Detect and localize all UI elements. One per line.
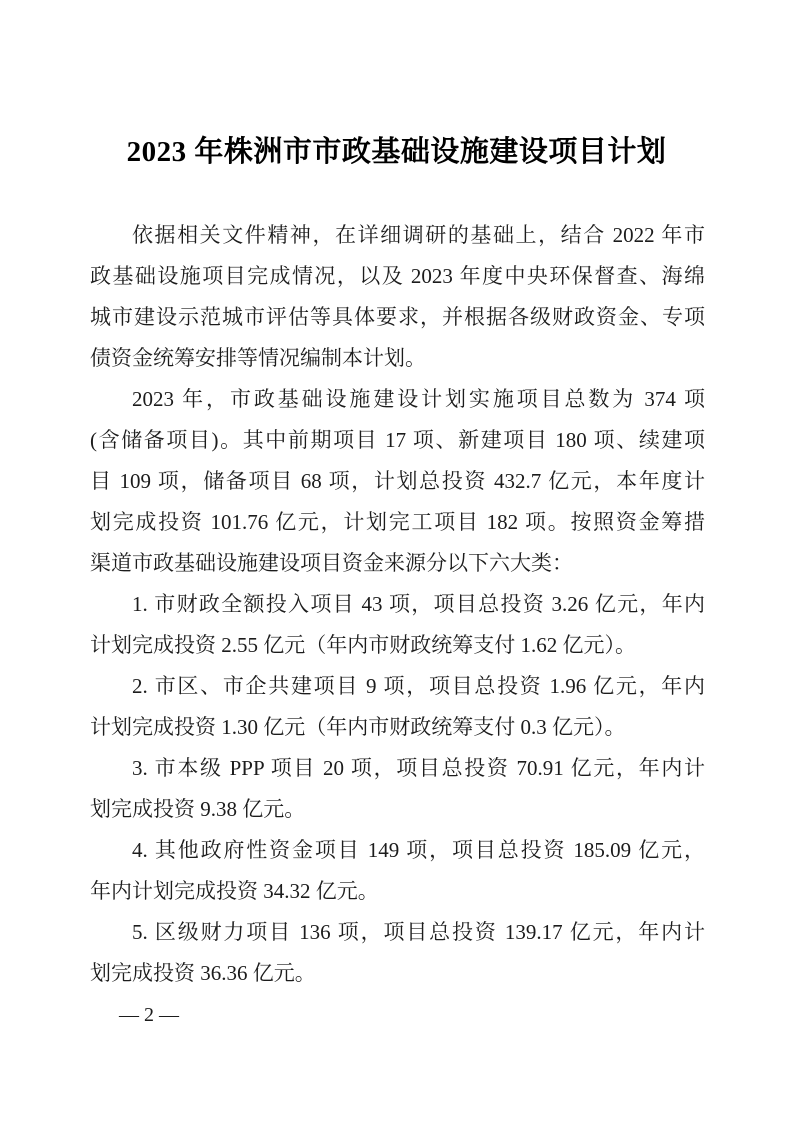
text-line: 依据相关文件精神，在详细调研的基础上，结合 2022 年市 [90, 215, 705, 256]
text-line: 1. 市财政全额投入项目 43 项，项目总投资 3.26 亿元，年内 [90, 584, 705, 625]
text-line: 渠道市政基础设施建设项目资金来源分以下六大类： [90, 543, 705, 584]
paragraph-category-4-other-government-funds: 4. 其他政府性资金项目 149 项，项目总投资 185.09 亿元，年内计划完… [90, 830, 705, 912]
paragraph-category-5-district-finance: 5. 区级财力项目 136 项，项目总投资 139.17 亿元，年内计划完成投资… [90, 912, 705, 994]
document-page: 2023 年株洲市市政基础设施建设项目计划 依据相关文件精神，在详细调研的基础上… [0, 0, 793, 1123]
text-line: 3. 市本级 PPP 项目 20 项，项目总投资 70.91 亿元，年内计 [90, 748, 705, 789]
text-line: 划完成投资 36.36 亿元。 [90, 953, 705, 994]
text-line: 城市建设示范城市评估等具体要求，并根据各级财政资金、专项 [90, 297, 705, 338]
text-line: 计划完成投资 2.55 亿元（年内市财政统筹支付 1.62 亿元）。 [90, 625, 705, 666]
page-number: — 2 — [119, 1002, 179, 1028]
text-line: 2023 年，市政基础设施建设计划实施项目总数为 374 项 [90, 379, 705, 420]
paragraph-category-1-city-full-funding: 1. 市财政全额投入项目 43 项，项目总投资 3.26 亿元，年内计划完成投资… [90, 584, 705, 666]
text-line: 划完成投资 9.38 亿元。 [90, 789, 705, 830]
text-line: 目 109 项，储备项目 68 项，计划总投资 432.7 亿元，本年度计 [90, 461, 705, 502]
paragraph-intro-basis: 依据相关文件精神，在详细调研的基础上，结合 2022 年市政基础设施项目完成情况… [90, 215, 705, 379]
text-line: (含储备项目)。其中前期项目 17 项、新建项目 180 项、续建项 [90, 420, 705, 461]
text-line: 政基础设施项目完成情况，以及 2023 年度中央环保督查、海绵 [90, 256, 705, 297]
text-line: 债资金统筹安排等情况编制本计划。 [90, 338, 705, 379]
paragraph-category-3-ppp: 3. 市本级 PPP 项目 20 项，项目总投资 70.91 亿元，年内计划完成… [90, 748, 705, 830]
document-body: 依据相关文件精神，在详细调研的基础上，结合 2022 年市政基础设施项目完成情况… [90, 215, 705, 994]
text-line: 5. 区级财力项目 136 项，项目总投资 139.17 亿元，年内计 [90, 912, 705, 953]
text-line: 划完成投资 101.76 亿元，计划完工项目 182 项。按照资金筹措 [90, 502, 705, 543]
page-title: 2023 年株洲市市政基础设施建设项目计划 [0, 0, 793, 173]
text-line: 年内计划完成投资 34.32 亿元。 [90, 871, 705, 912]
paragraph-category-2-city-district-joint: 2. 市区、市企共建项目 9 项，项目总投资 1.96 亿元，年内计划完成投资 … [90, 666, 705, 748]
paragraph-plan-overview: 2023 年，市政基础设施建设计划实施项目总数为 374 项(含储备项目)。其中… [90, 379, 705, 584]
text-line: 计划完成投资 1.30 亿元（年内市财政统筹支付 0.3 亿元）。 [90, 707, 705, 748]
text-line: 2. 市区、市企共建项目 9 项，项目总投资 1.96 亿元，年内 [90, 666, 705, 707]
text-line: 4. 其他政府性资金项目 149 项，项目总投资 185.09 亿元， [90, 830, 705, 871]
